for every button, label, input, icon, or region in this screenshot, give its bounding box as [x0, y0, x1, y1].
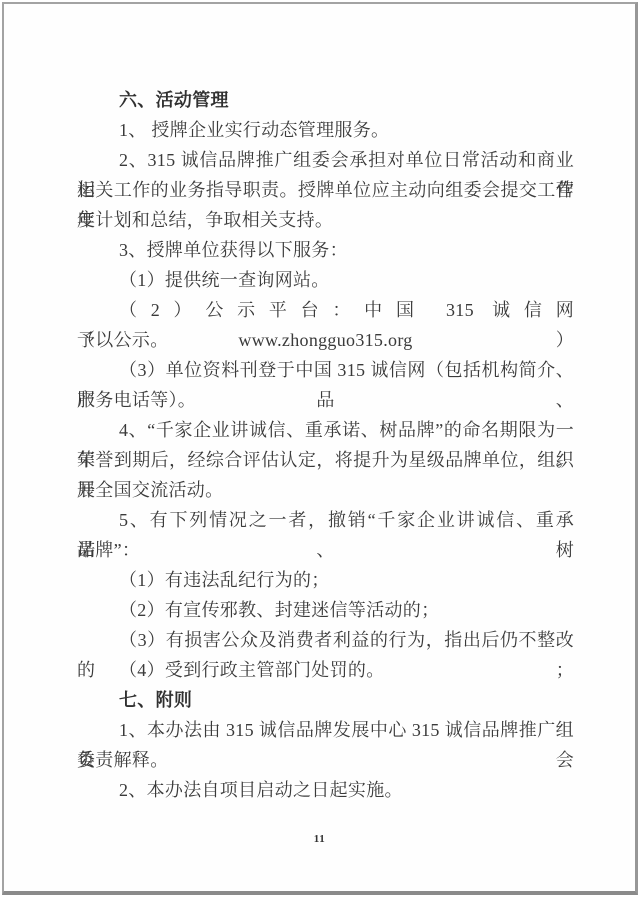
text-line: （2）公示平台：中国 315 诚信网（www.zhongguo315.org）	[77, 295, 574, 325]
text-line: 相关工作的业务指导职责。授牌单位应主动向组委会提交工作年	[77, 175, 574, 205]
text-line: 5、有下列情况之一者，撤销“千家企业讲诚信、重承诺、树	[77, 505, 574, 535]
section-heading: 七、附则	[77, 685, 574, 715]
text-line: （2）有宣传邪教、封建迷信等活动的；	[77, 595, 574, 625]
text-line: 展全国交流活动。	[77, 475, 574, 505]
document-sheet: 六、活动管理1、 授牌企业实行动态管理服务。2、315 诚信品牌推广组委会承担对…	[2, 2, 638, 895]
text-line: （3）单位资料刊登于中国 315 诚信网（包括机构简介、产品、	[77, 355, 574, 385]
text-line: 度计划和总结，争取相关支持。	[77, 205, 574, 235]
section-heading: 六、活动管理	[77, 85, 574, 115]
text-line: 2、315 诚信品牌推广组委会承担对单位日常活动和商业运营	[77, 145, 574, 175]
text-line: （3）有损害公众及消费者利益的行为，指出后仍不整改的；	[77, 625, 574, 655]
document-content: 六、活动管理1、 授牌企业实行动态管理服务。2、315 诚信品牌推广组委会承担对…	[77, 85, 574, 805]
page-number: 11	[4, 833, 635, 845]
text-line: 4、“千家企业讲诚信、重承诺、树品牌”的命名期限为一年。	[77, 415, 574, 445]
text-line: 2、本办法自项目启动之日起实施。	[77, 775, 574, 805]
text-line: 1、本办法由 315 诚信品牌发展中心 315 诚信品牌推广组委会	[77, 715, 574, 745]
text-line: 3、授牌单位获得以下服务：	[77, 235, 574, 265]
text-line: 1、 授牌企业实行动态管理服务。	[77, 115, 574, 145]
text-line: （1）提供统一查询网站。	[77, 265, 574, 295]
text-line: （1）有违法乱纪行为的；	[77, 565, 574, 595]
text-line: 荣誉到期后，经综合评估认定，将提升为星级品牌单位，组织开	[77, 445, 574, 475]
scanned-page-viewport: 六、活动管理1、 授牌企业实行动态管理服务。2、315 诚信品牌推广组委会承担对…	[0, 0, 643, 900]
